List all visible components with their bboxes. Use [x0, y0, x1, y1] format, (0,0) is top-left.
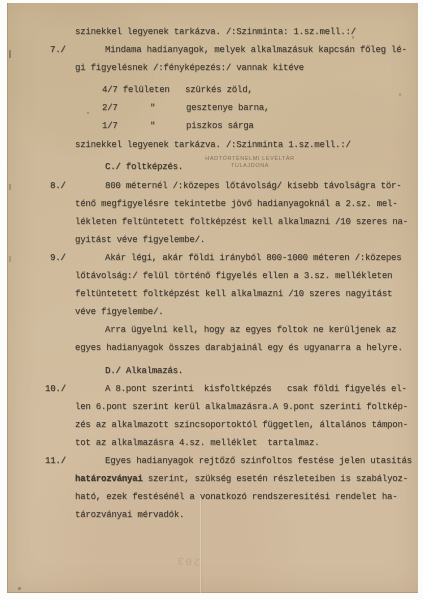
color-row-value: szürkés zöld, [185, 85, 253, 95]
emphasized-word: határozványai [75, 474, 143, 484]
scan-edge-mark [9, 184, 11, 190]
color-row-label: 4/7 felületen [102, 85, 170, 95]
paragraph-number: 9./ [50, 253, 66, 263]
section-heading-d: D./ Alkalmazás. [105, 366, 183, 376]
bleed-through-mark: 203 [176, 553, 201, 566]
text-line: lékleten feltüntetett foltképzést kell a… [75, 217, 408, 227]
text-line: Mindama hadianyagok, melyek alkalmazásuk… [105, 45, 407, 55]
text-line: gi figyelésnek /:fényképezés:/ vannak ki… [75, 63, 304, 73]
text-line: feltüntetett foltképzést kell alkalmazni… [75, 289, 392, 299]
ink-speck [87, 112, 89, 114]
paragraph-number: 10./ [45, 384, 66, 394]
ink-speck [399, 93, 401, 96]
color-row-label: 2/7 [102, 103, 118, 113]
section-heading-c: C./ foltképzés. [105, 162, 183, 172]
paragraph-number: 7./ [50, 45, 66, 55]
archive-stamp: HADTÖRTÉNELMI LEVÉLTÁR TULAJDONA [183, 156, 317, 169]
ditto-mark: " [150, 121, 155, 131]
fold-crease [200, 495, 201, 593]
scan-edge-mark [9, 50, 11, 58]
text-line: zés az alkalmazott szincsoportoktól függ… [75, 420, 408, 430]
ink-speck [18, 587, 21, 590]
text-line: tot az alkalmazásra 4.sz. melléklet tart… [75, 438, 319, 448]
text-line: tározványai mérvadók. [75, 510, 184, 520]
scanned-document-page: szinekkel legyenek tarkázva. /:Szinminta… [0, 0, 423, 600]
text-line: szinekkel legyenek tarkázva. /:Szinminta… [75, 140, 351, 150]
text-line: határozványai szerint, szükség esetén ré… [75, 474, 408, 484]
paragraph-number: 8./ [50, 181, 66, 191]
text-line: Arra ügyelni kell, hogy az egyes foltok … [105, 325, 396, 335]
text-line: 800 méternél /:közepes lőtávolság/ kiseb… [105, 181, 401, 191]
text-line: egyes hadianyagok összes darabjainál egy… [75, 343, 403, 353]
ditto-mark: " [150, 103, 155, 113]
scan-edge-mark [9, 256, 11, 262]
text-line: Egyes hadianyagok rejtőző szinfoltos fes… [105, 456, 412, 466]
text-line: gyitást véve figyelembe/. [75, 235, 205, 245]
archive-stamp-line2: TULAJDONA [183, 163, 317, 170]
color-row-label: 1/7 [102, 121, 118, 131]
text-line: Akár légi, akár földi irányból 800-1000 … [105, 253, 401, 263]
color-row-value: gesztenye barna, [186, 103, 269, 113]
text-line: szinekkel legyenek tarkázva. /:Szinminta… [75, 27, 356, 37]
color-row-value: piszkos sárga [186, 121, 254, 131]
text-line: lőtávolság:/ felül történő figyelés elle… [75, 271, 392, 281]
text-line: A 8.pont szerinti kisfoltképzés csak föl… [105, 384, 407, 394]
text-line: ható, ezek festésénél a vonatkozó rendsz… [75, 492, 397, 502]
text-line: véve figyelembe/. [75, 307, 163, 317]
paragraph-number: 11./ [45, 456, 66, 466]
text-line: ténő megfigyelésre tekintetbe jövő hadia… [75, 199, 397, 209]
text-line-rest: szerint, szükség esetén részleteiben is … [143, 474, 408, 484]
text-line: len 6.pont szerint kerül alkalmazásra.A … [75, 402, 408, 412]
